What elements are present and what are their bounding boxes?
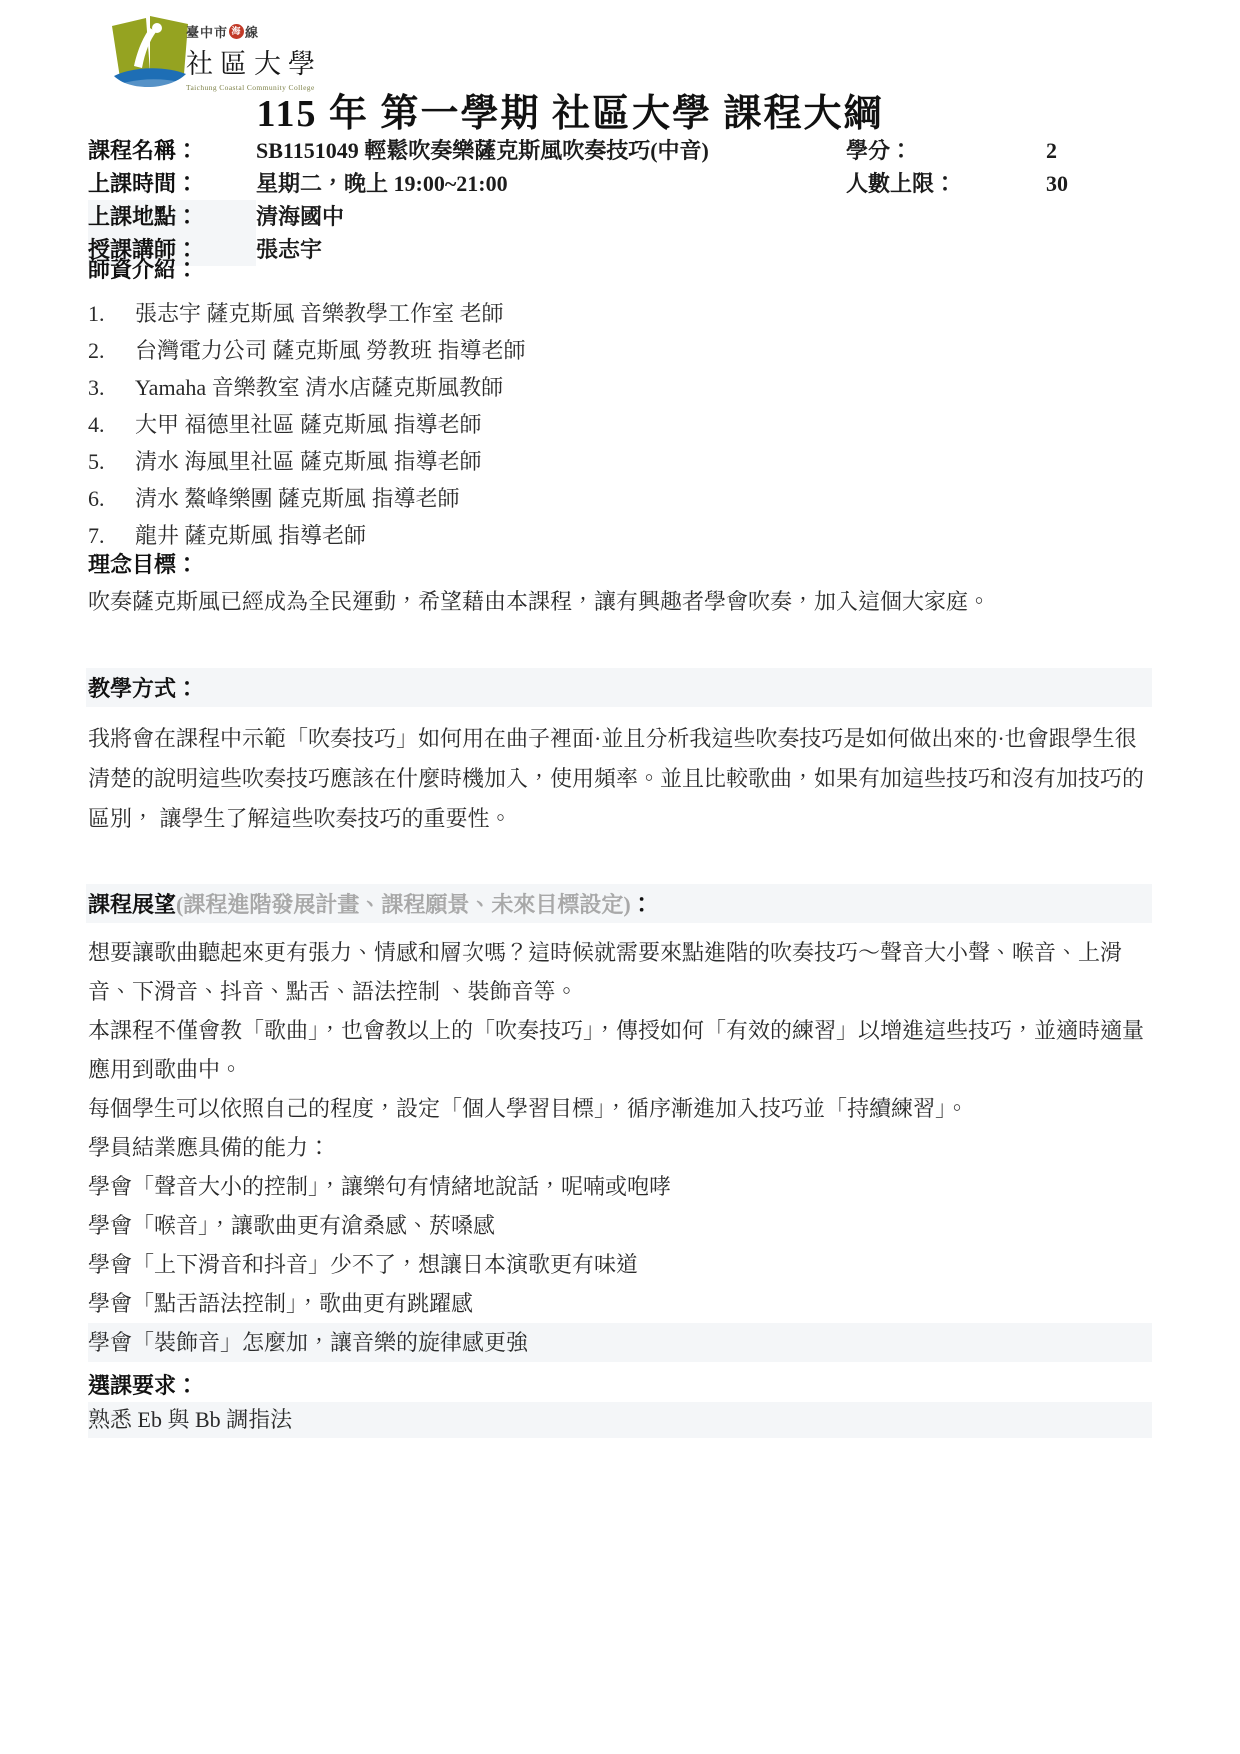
list-item-number: 2. [88, 332, 135, 369]
list-item: 3.Yamaha 音樂教室 清水店薩克斯風教師 [88, 369, 1152, 406]
course-outlook-section: 課程展望(課程進階發展計畫、課程願景、未來目標設定)： 想要讓歌曲聽起來更有張力… [88, 884, 1152, 1362]
list-item-text: 張志宇 薩克斯風 音樂教學工作室 老師 [135, 295, 504, 332]
course-name-label: 課程名稱： [88, 134, 256, 167]
class-time-row: 上課時間： 星期二，晚上 19:00~21:00 人數上限： 30 [88, 167, 1152, 200]
credits-label: 學分： [846, 134, 1046, 167]
paragraph: 每個學生可以依照自己的程度，設定「個人學習目標」，循序漸進加入技巧並「持續練習」… [88, 1089, 1152, 1128]
outlook-heading-colon: ： [631, 892, 653, 917]
list-item-number: 3. [88, 369, 135, 406]
document-page: 臺中市 海 線 社區大學 Taichung Coastal Community … [0, 0, 1240, 1754]
requirements-heading: 選課要求： [88, 1370, 1152, 1402]
paragraph: 學員結業應具備的能力： [88, 1128, 1152, 1167]
teaching-method-body: 我將會在課程中示範「吹奏技巧」如何用在曲子裡面·並且分析我這些吹奏技巧是如何做出… [88, 719, 1152, 839]
class-time-label: 上課時間： [88, 167, 256, 200]
list-item-number: 4. [88, 406, 135, 443]
class-time-value: 星期二，晚上 19:00~21:00 [256, 167, 846, 200]
teacher-list: 1.張志宇 薩克斯風 音樂教學工作室 老師 2.台灣電力公司 薩克斯風 勞教班 … [88, 295, 1152, 554]
paragraph: 想要讓歌曲聽起來更有張力、情感和層次嗎？這時候就需要來點進階的吹奏技巧～聲音大小… [88, 933, 1152, 1011]
goals-section: 理念目標： 吹奏薩克斯風已經成為全民運動，希望藉由本課程，讓有興趣者學會吹奏，加… [88, 548, 1152, 622]
logo-college-name: 社區大學 [186, 42, 322, 81]
capacity-value: 30 [1046, 167, 1068, 200]
teaching-method-heading: 教學方式： [86, 668, 1152, 707]
logo-seal-icon: 海 [229, 24, 244, 39]
outlook-heading-main: 課程展望 [88, 892, 176, 917]
capacity-label: 人數上限： [846, 167, 1046, 200]
requirements-section: 選課要求： 熟悉 Eb 與 Bb 調指法 [88, 1370, 1152, 1438]
paragraph: 學會「喉音」，讓歌曲更有滄桑感、菸嗓感 [88, 1206, 1152, 1245]
course-name-row: 課程名稱： SB1151049 輕鬆吹奏樂薩克斯風吹奏技巧(中音) 學分： 2 [88, 134, 1152, 167]
paragraph: 學會「點舌語法控制」，歌曲更有跳躍感 [88, 1284, 1152, 1323]
logo-region-suffix: 線 [245, 22, 259, 41]
paragraph: 本課程不僅會教「歌曲」，也會教以上的「吹奏技巧」，傳授如何「有效的練習」以增進這… [88, 1011, 1152, 1089]
course-name-value: SB1151049 輕鬆吹奏樂薩克斯風吹奏技巧(中音) [256, 134, 846, 167]
list-item-number: 1. [88, 295, 135, 332]
list-item: 2.台灣電力公司 薩克斯風 勞教班 指導老師 [88, 332, 1152, 369]
list-item: 5.清水 海風里社區 薩克斯風 指導老師 [88, 443, 1152, 480]
goals-heading: 理念目標： [88, 548, 1152, 582]
list-item: 4.大甲 福德里社區 薩克斯風 指導老師 [88, 406, 1152, 443]
course-outlook-heading: 課程展望(課程進階發展計畫、課程願景、未來目標設定)： [86, 884, 1152, 923]
list-item-text: 清水 海風里社區 薩克斯風 指導老師 [135, 443, 482, 480]
list-item: 1.張志宇 薩克斯風 音樂教學工作室 老師 [88, 295, 1152, 332]
course-info-grid: 課程名稱： SB1151049 輕鬆吹奏樂薩克斯風吹奏技巧(中音) 學分： 2 … [88, 134, 1152, 266]
list-item-number: 6. [88, 480, 135, 517]
list-item-text: Yamaha 音樂教室 清水店薩克斯風教師 [135, 369, 503, 406]
list-item: 6.清水 鰲峰樂團 薩克斯風 指導老師 [88, 480, 1152, 517]
outlook-heading-paren: (課程進階發展計畫、課程願景、未來目標設定) [176, 892, 631, 917]
list-item-number: 5. [88, 443, 135, 480]
paragraph: 學會「聲音大小的控制」，讓樂句有情緒地說話，呢喃或咆哮 [88, 1167, 1152, 1206]
outlook-paragraphs: 想要讓歌曲聽起來更有張力、情感和層次嗎？這時候就需要來點進階的吹奏技巧～聲音大小… [88, 933, 1152, 1362]
paragraph: 學會「上下滑音和抖音」少不了，想讓日本演歌更有味道 [88, 1245, 1152, 1284]
logo-region-prefix: 臺中市 [186, 22, 228, 41]
location-row: 上課地點： 清海國中 [88, 200, 1152, 233]
list-item-text: 台灣電力公司 薩克斯風 勞教班 指導老師 [135, 332, 526, 369]
list-item-text: 清水 鰲峰樂團 薩克斯風 指導老師 [135, 480, 460, 517]
page-title: 115 年 第一學期 社區大學 課程大綱 [0, 82, 1140, 137]
credits-value: 2 [1046, 134, 1057, 167]
paragraph: 學會「裝飾音」怎麼加，讓音樂的旋律感更強 [88, 1323, 1152, 1362]
teaching-method-section: 教學方式： 我將會在課程中示範「吹奏技巧」如何用在曲子裡面·並且分析我這些吹奏技… [88, 668, 1152, 839]
requirements-body: 熟悉 Eb 與 Bb 調指法 [88, 1402, 1152, 1438]
location-value: 清海國中 [256, 200, 846, 233]
location-label: 上課地點： [88, 200, 256, 233]
goals-body: 吹奏薩克斯風已經成為全民運動，希望藉由本課程，讓有興趣者學會吹奏，加入這個大家庭… [88, 582, 1152, 622]
logo-region-line: 臺中市 海 線 [186, 22, 322, 41]
teacher-intro-section: 師資介紹： 1.張志宇 薩克斯風 音樂教學工作室 老師 2.台灣電力公司 薩克斯… [88, 255, 1152, 554]
list-item-text: 大甲 福德里社區 薩克斯風 指導老師 [135, 406, 482, 443]
teacher-intro-heading: 師資介紹： [88, 255, 1152, 285]
